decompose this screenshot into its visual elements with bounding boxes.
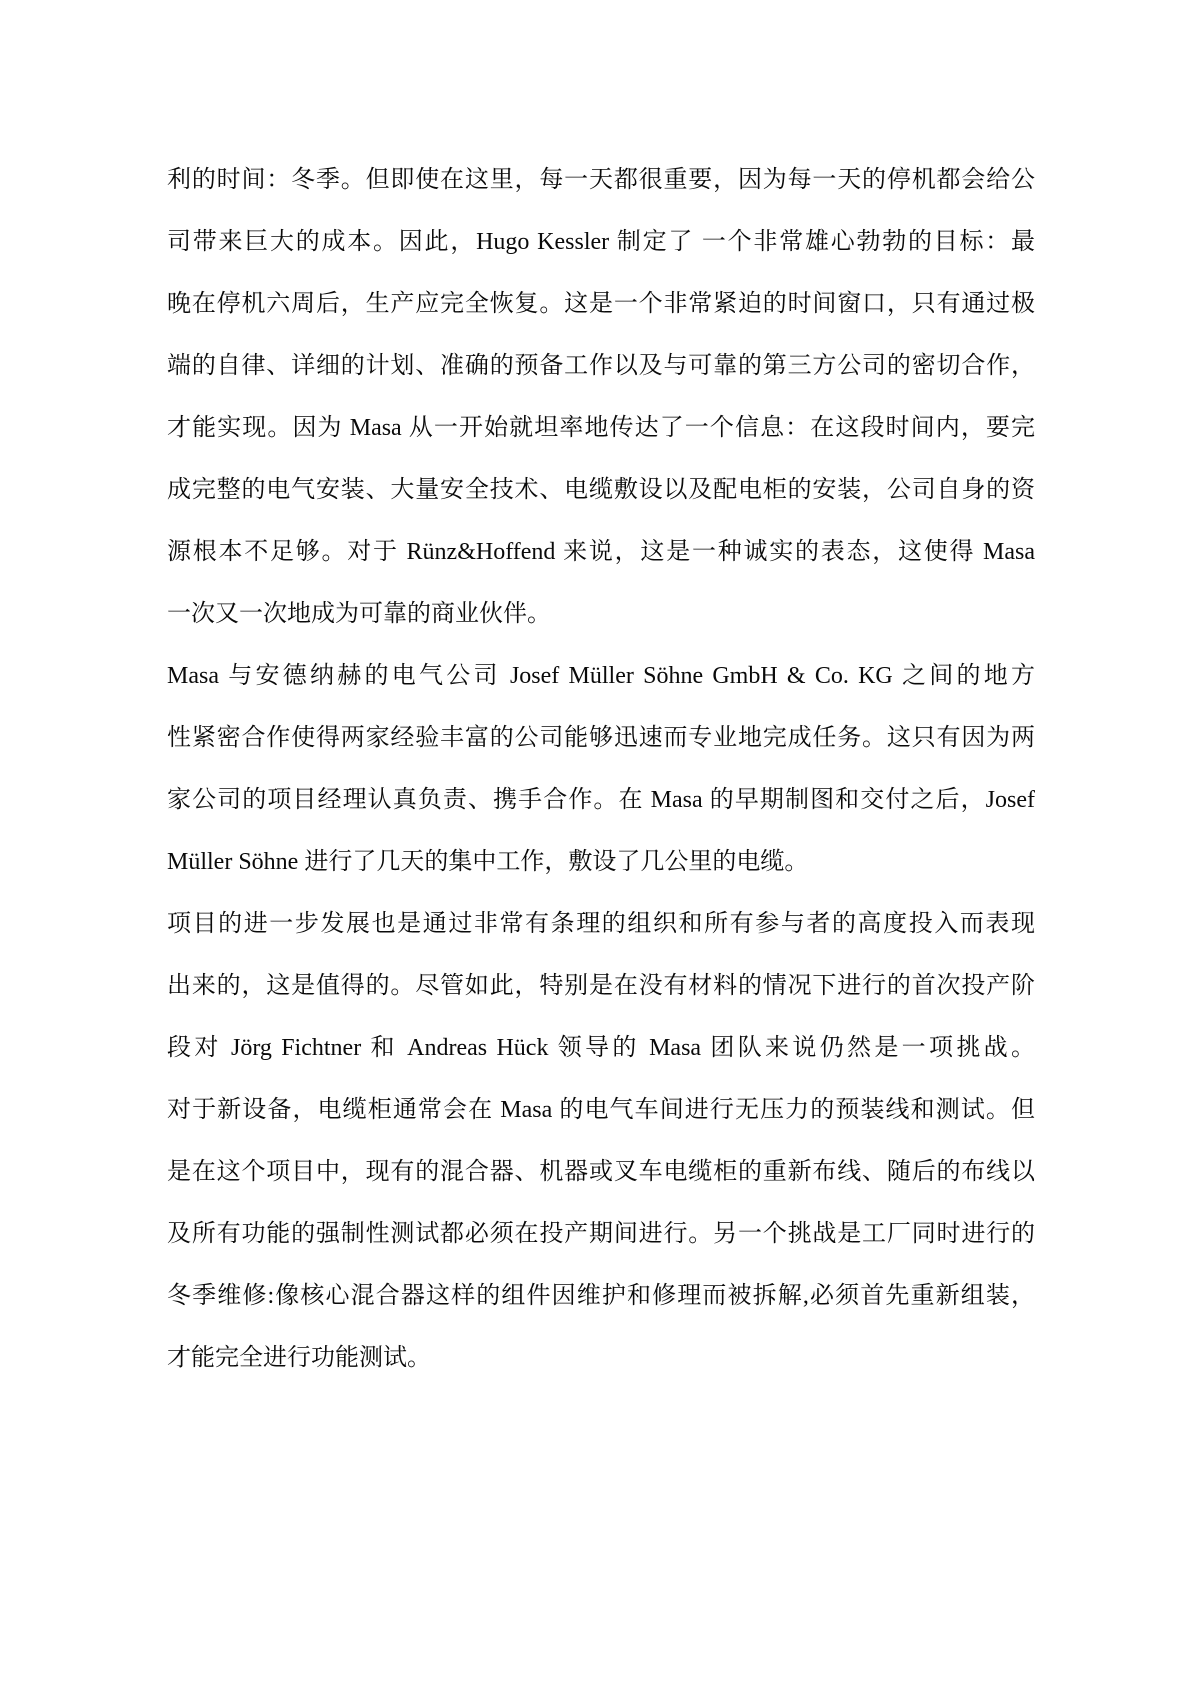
text-line: 是在这个项目中，现有的混合器、机器或叉车电缆柜的重新布线、随后的布线以 [167,1141,1035,1203]
text-line: Müller Söhne 进行了几天的集中工作，敷设了几公里的电缆。 [167,831,1035,893]
text-line: 司带来巨大的成本。因此，Hugo Kessler 制定了 一个非常雄心勃勃的目标… [167,211,1035,273]
text-line: 冬季维修:像核心混合器这样的组件因维护和修理而被拆解,必须首先重新组装， [167,1265,1035,1327]
text-line: 及所有功能的强制性测试都必须在投产期间进行。另一个挑战是工厂同时进行的 [167,1203,1035,1265]
text-line: 出来的，这是值得的。尽管如此，特别是在没有材料的情况下进行的首次投产阶 [167,955,1035,1017]
text-line: 源根本不足够。对于 Rünz&Hoffend 来说，这是一种诚实的表态，这使得 … [167,521,1035,583]
text-line: 家公司的项目经理认真负责、携手合作。在 Masa 的早期制图和交付之后，Jose… [167,769,1035,831]
text-line: 性紧密合作使得两家经验丰富的公司能够迅速而专业地完成任务。这只有因为两 [167,707,1035,769]
text-line: 端的自律、详细的计划、准确的预备工作以及与可靠的第三方公司的密切合作， [167,335,1035,397]
text-line: Masa 与安德纳赫的电气公司 Josef Müller Söhne GmbH … [167,645,1035,707]
document-text-block: 利的时间：冬季。但即使在这里，每一天都很重要，因为每一天的停机都会给公司带来巨大… [167,149,1035,1389]
document-page: 利的时间：冬季。但即使在这里，每一天都很重要，因为每一天的停机都会给公司带来巨大… [0,0,1190,1683]
text-line: 项目的进一步发展也是通过非常有条理的组织和所有参与者的高度投入而表现 [167,893,1035,955]
text-line: 晚在停机六周后，生产应完全恢复。这是一个非常紧迫的时间窗口，只有通过极 [167,273,1035,335]
text-line: 段对 Jörg Fichtner 和 Andreas Hück 领导的 Masa… [167,1017,1035,1079]
text-line: 一次又一次地成为可靠的商业伙伴。 [167,583,1035,645]
text-line: 利的时间：冬季。但即使在这里，每一天都很重要，因为每一天的停机都会给公 [167,149,1035,211]
text-line: 才能完全进行功能测试。 [167,1327,1035,1389]
text-line: 对于新设备，电缆柜通常会在 Masa 的电气车间进行无压力的预装线和测试。但 [167,1079,1035,1141]
text-line: 成完整的电气安装、大量安全技术、电缆敷设以及配电柜的安装，公司自身的资 [167,459,1035,521]
text-line: 才能实现。因为 Masa 从一开始就坦率地传达了一个信息：在这段时间内，要完 [167,397,1035,459]
